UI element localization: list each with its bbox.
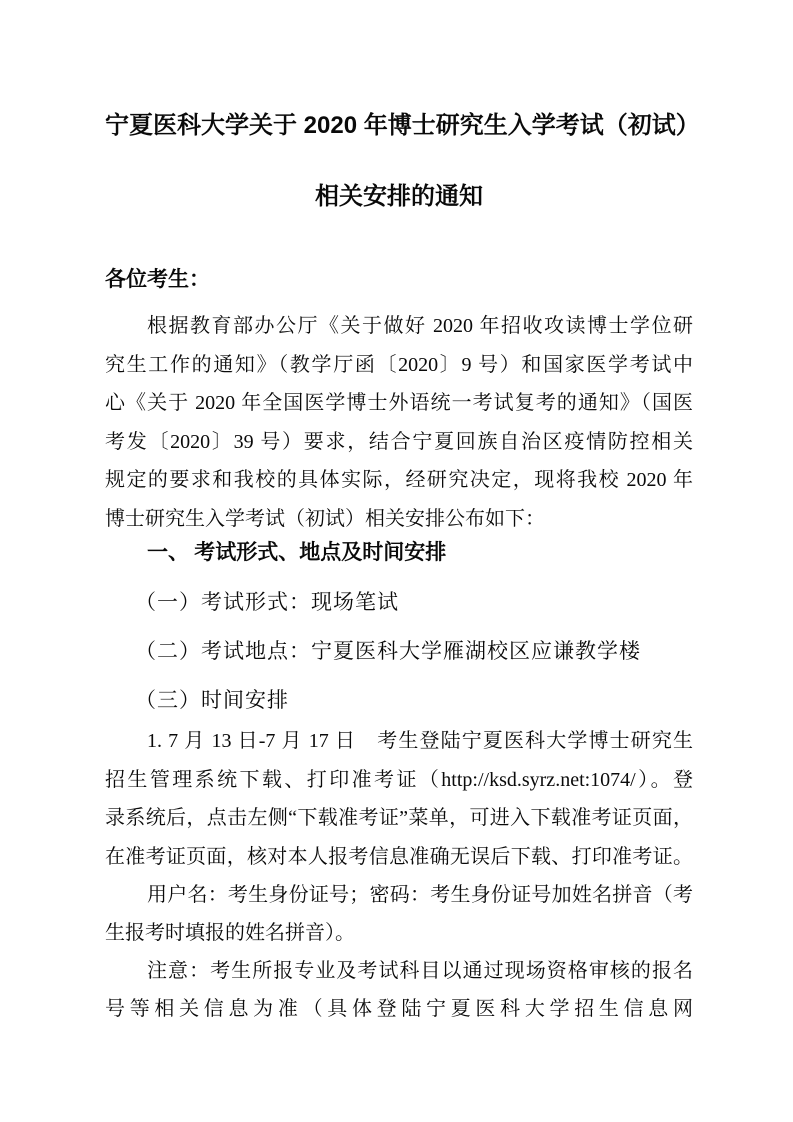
paragraph-1-line-1: 根据教育部办公厅《关于做好 2020 年招收攻读博士学位研 [105, 313, 693, 339]
section-1-item-time-schedule: （三）时间安排 [105, 687, 693, 714]
paragraph-1-line-3: 心《关于 2020 年全国医学博士外语统一考试复考的通知》（国医 [105, 390, 693, 416]
paragraph-2-line-2: 招生管理系统下载、打印准考证（http://ksd.syrz.net:1074/… [105, 767, 693, 793]
paragraph-1-line-6: 博士研究生入学考试（初试）相关安排公布如下： [105, 506, 693, 532]
paragraph-3-line-2: 生报考时填报的姓名拼音）。 [105, 920, 693, 946]
paragraph-4-line-1: 注意：考生所报专业及考试科目以通过现场资格审核的报名 [105, 958, 693, 984]
section-1-heading: 一、 考试形式、地点及时间安排 [105, 539, 693, 566]
document-page: 宁夏医科大学关于 2020 年博士研究生入学考试（初试） 相关安排的通知 各位考… [0, 0, 793, 1122]
section-1-item-exam-format: （一）考试形式：现场笔试 [105, 589, 693, 616]
paragraph-4-line-2: 号等相关信息为准（具体登陆宁夏医科大学招生信息网 [105, 996, 693, 1022]
document-title-line-1: 宁夏医科大学关于 2020 年博士研究生入学考试（初试） [105, 110, 693, 141]
paragraph-2-line-4: 在准考证页面，核对本人报考信息准确无误后下载、打印准考证。 [105, 844, 693, 870]
paragraph-1-line-2: 究生工作的通知》（教学厅函〔2020〕9 号）和国家医学考试中 [105, 352, 693, 378]
paragraph-1-line-4: 考发〔2020〕39 号）要求，结合宁夏回族自治区疫情防控相关 [105, 429, 693, 455]
salutation: 各位考生： [105, 266, 693, 293]
section-1-item-exam-location: （二）考试地点：宁夏医科大学雁湖校区应谦教学楼 [105, 638, 693, 665]
document-title-line-2: 相关安排的通知 [105, 181, 693, 212]
paragraph-3-line-1: 用户名：考生身份证号；密码：考生身份证号加姓名拼音（考 [105, 882, 693, 908]
paragraph-2-line-3: 录系统后，点击左侧“下载准考证”菜单，可进入下载准考证页面， [105, 805, 693, 831]
paragraph-2-line-1: 1. 7 月 13 日-7 月 17 日 考生登陆宁夏医科大学博士研究生 [105, 728, 693, 754]
paragraph-1-line-5: 规定的要求和我校的具体实际，经研究决定，现将我校 2020 年 [105, 467, 693, 493]
